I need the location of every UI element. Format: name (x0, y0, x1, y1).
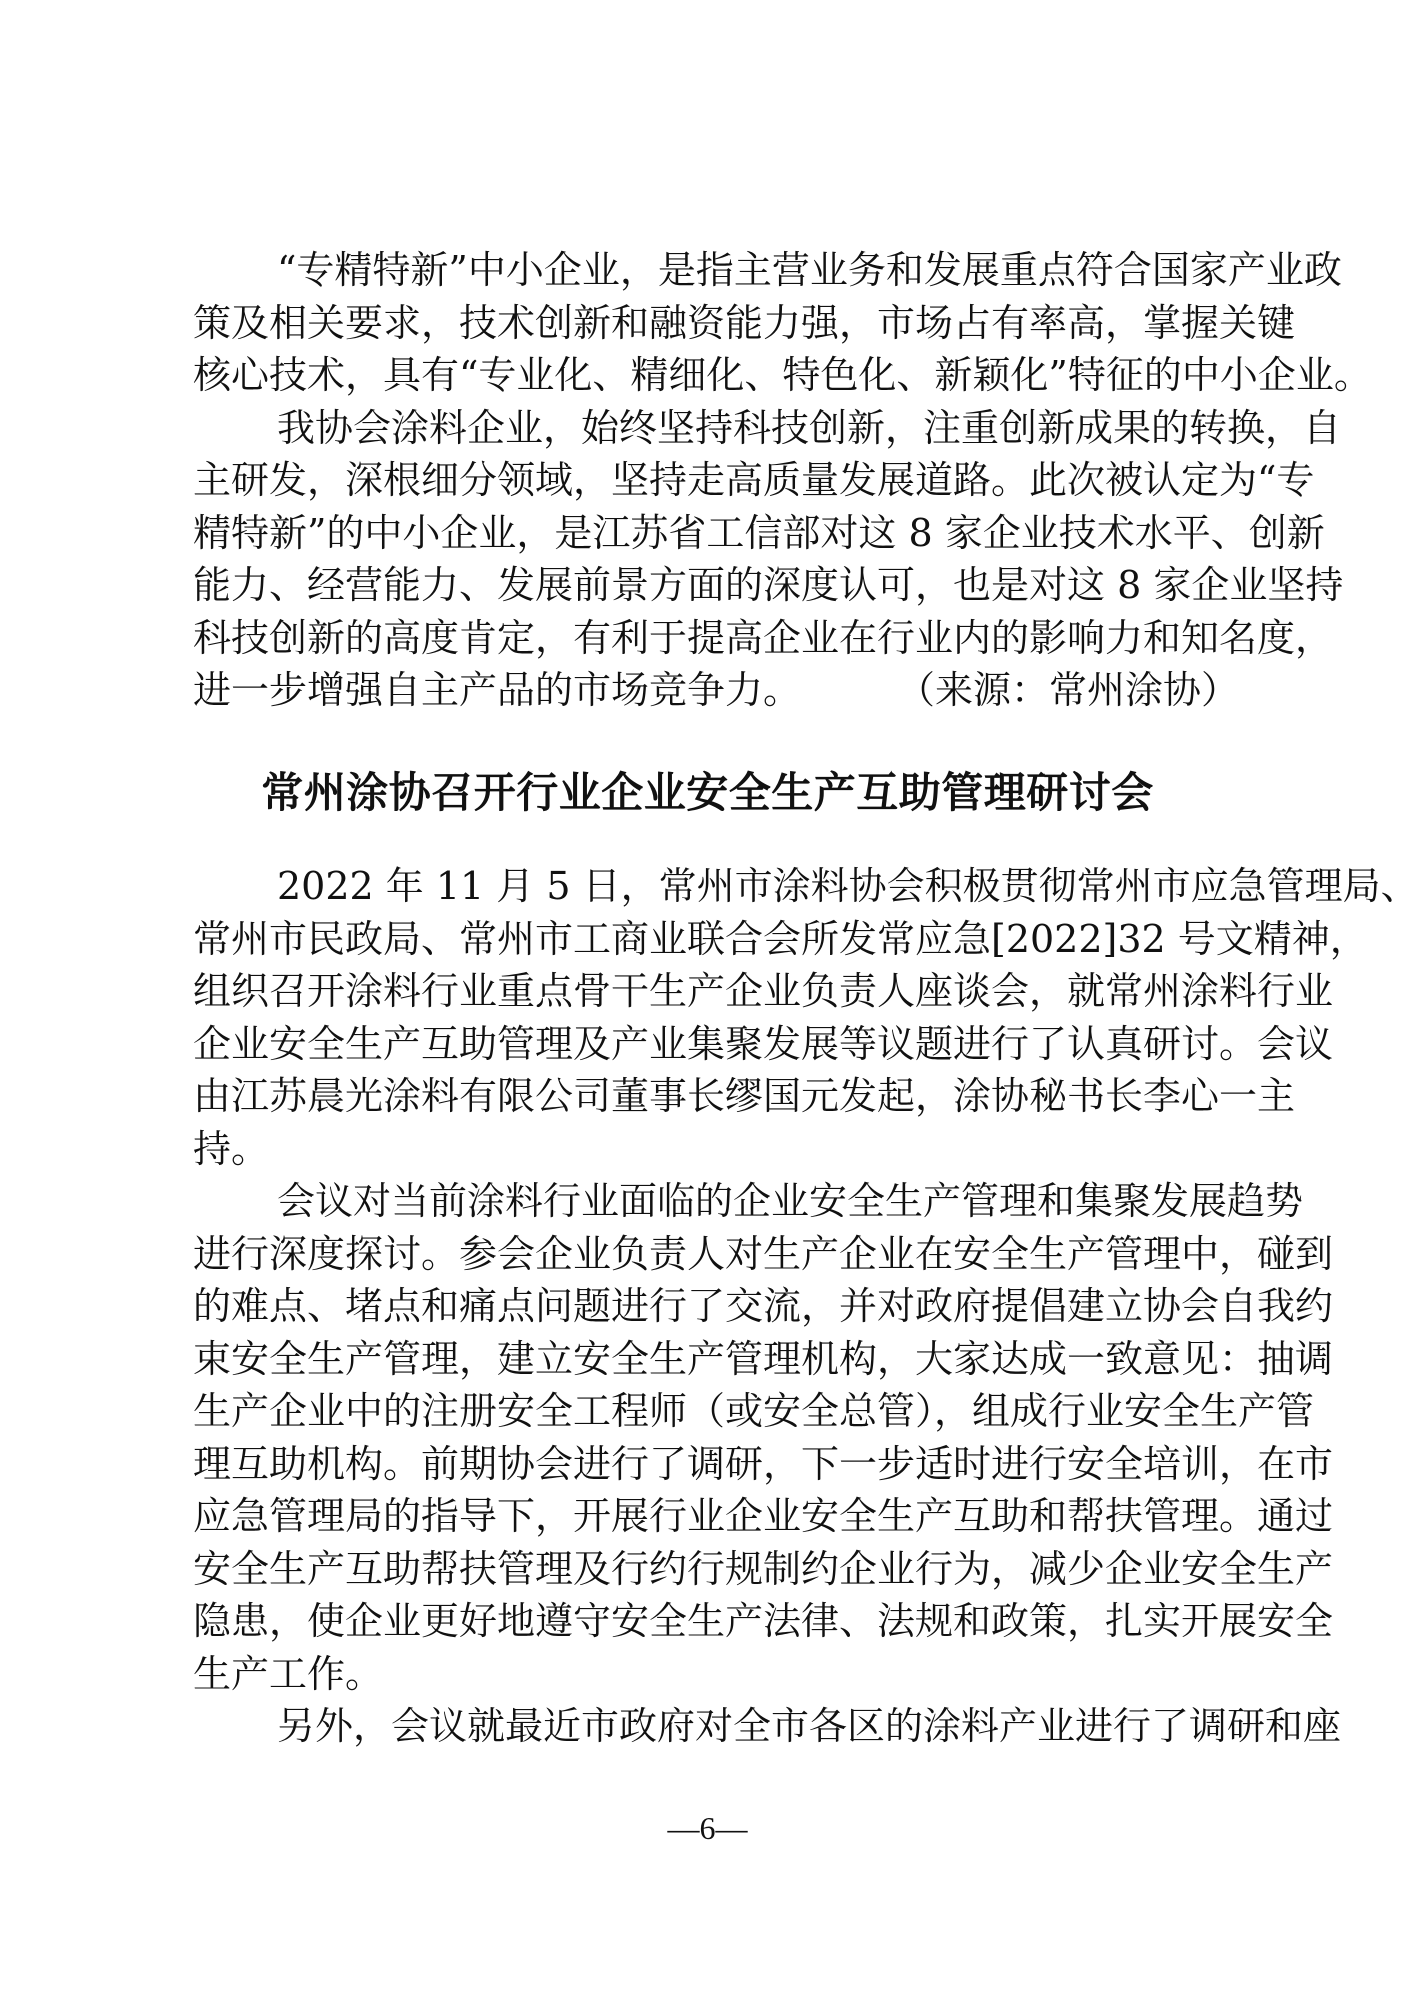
text-line: 我协会涂料企业，始终坚持科技创新，注重创新成果的转换，自 (193, 402, 1239, 455)
paragraph-definition: “专精特新”中小企业，是指主营业务和发展重点符合国家产业政 策及相关要求，技术创… (193, 244, 1239, 402)
text-line: 科技创新的高度肯定，有利于提高企业在行业内的影响力和知名度， (193, 612, 1239, 665)
text-line: 应急管理局的指导下，开展行业企业安全生产互助和帮扶管理。通过 (193, 1490, 1239, 1543)
text-line: 由江苏晨光涂料有限公司董事长缪国元发起，涂协秘书长李心一主 (193, 1070, 1239, 1123)
text-line: 进一步增强自主产品的市场竞争力。 (193, 668, 801, 712)
text-line: 安全生产互助帮扶管理及行约行规制约企业行为，减少企业安全生产 (193, 1543, 1239, 1596)
text-line: 策及相关要求，技术创新和融资能力强，市场占有率高，掌握关键 (193, 297, 1239, 350)
text-line: 常州市民政局、常州市工商业联合会所发常应急[2022]32 号文精神， (193, 913, 1239, 966)
text-line: 生产工作。 (193, 1648, 1239, 1701)
text-line: 进行深度探讨。参会企业负责人对生产企业在安全生产管理中，碰到 (193, 1228, 1239, 1281)
text-line: 持。 (193, 1123, 1239, 1176)
text-line: 企业安全生产互助管理及产业集聚发展等议题进行了认真研讨。会议 (193, 1018, 1239, 1071)
text-line: 会议对当前涂料行业面临的企业安全生产管理和集聚发展趋势 (193, 1175, 1239, 1228)
text-line: 主研发，深根细分领域，坚持走高质量发展道路。此次被认定为“专 (193, 454, 1239, 507)
text-line: 生产企业中的注册安全工程师（或安全总管），组成行业安全生产管 (193, 1385, 1239, 1438)
paragraph-association-enterprises: 我协会涂料企业，始终坚持科技创新，注重创新成果的转换，自 主研发，深根细分领域，… (193, 402, 1239, 717)
text-line: 理互助机构。前期协会进行了调研，下一步适时进行安全培训，在市 (193, 1438, 1239, 1491)
source-attribution: （来源：常州涂协） (897, 664, 1239, 717)
text-line: “专精特新”中小企业，是指主营业务和发展重点符合国家产业政 (193, 244, 1239, 297)
text-line: 精特新”的中小企业，是江苏省工信部对这 8 家企业技术水平、创新 (193, 507, 1239, 560)
text-line: 组织召开涂料行业重点骨干生产企业负责人座谈会，就常州涂料行业 (193, 965, 1239, 1018)
text-line: 核心技术，具有“专业化、精细化、特色化、新颖化”特征的中小企业。 (193, 349, 1239, 402)
page-number: —6— (0, 1808, 1415, 1848)
paragraph-meeting-discussion: 会议对当前涂料行业面临的企业安全生产管理和集聚发展趋势 进行深度探讨。参会企业负… (193, 1175, 1239, 1700)
text-line: 束安全生产管理，建立安全生产管理机构，大家达成一致意见：抽调 (193, 1333, 1239, 1386)
text-line: 隐患，使企业更好地遵守安全生产法律、法规和政策，扎实开展安全 (193, 1595, 1239, 1648)
paragraph-additional: 另外，会议就最近市政府对全市各区的涂料产业进行了调研和座 (193, 1700, 1239, 1753)
text-line: 另外，会议就最近市政府对全市各区的涂料产业进行了调研和座 (193, 1700, 1239, 1753)
paragraph-meeting-intro: 2022 年 11 月 5 日，常州市涂料协会积极贯彻常州市应急管理局、 常州市… (193, 860, 1239, 1175)
article-title: 常州涂协召开行业企业安全生产互助管理研讨会 (0, 765, 1415, 821)
document-page: “专精特新”中小企业，是指主营业务和发展重点符合国家产业政 策及相关要求，技术创… (0, 0, 1415, 2000)
text-line: 能力、经营能力、发展前景方面的深度认可，也是对这 8 家企业坚持 (193, 559, 1239, 612)
article-body: 2022 年 11 月 5 日，常州市涂料协会积极贯彻常州市应急管理局、 常州市… (193, 860, 1239, 1753)
text-line: 2022 年 11 月 5 日，常州市涂料协会积极贯彻常州市应急管理局、 (193, 860, 1239, 913)
text-line: 的难点、堵点和痛点问题进行了交流，并对政府提倡建立协会自我约 (193, 1280, 1239, 1333)
section-specialized-smes: “专精特新”中小企业，是指主营业务和发展重点符合国家产业政 策及相关要求，技术创… (193, 244, 1239, 717)
text-line-with-source: 进一步增强自主产品的市场竞争力。 （来源：常州涂协） (193, 664, 1239, 717)
